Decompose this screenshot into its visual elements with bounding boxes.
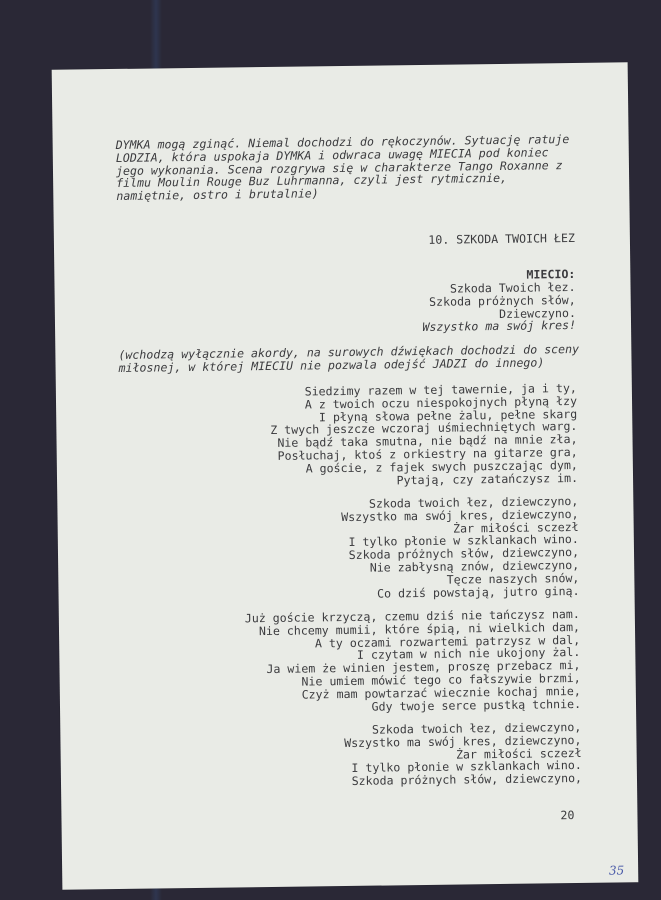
text-line: Co dziś powstają, jutro giną. bbox=[342, 585, 579, 601]
stage-direction-mid: (wchodzą wyłącznie akordy, na surowych d… bbox=[118, 343, 579, 375]
verse-1: Siedzimy razem w tej tawernie, ja i ty,A… bbox=[270, 382, 578, 488]
page-number: 20 bbox=[560, 809, 574, 822]
song-title: 10. SZKODA TWOICH ŁEZ bbox=[428, 232, 575, 247]
chorus-1: Szkoda twoich łez, dziewczyno,Wszystko m… bbox=[341, 495, 580, 600]
verse-2: Już goście krzyczą, czemu dziś nie tańcz… bbox=[245, 608, 581, 715]
stage-direction-top: DYMKA mogą zginąć. Niemal dochodzi do rę… bbox=[116, 133, 571, 203]
intro-italic-line: Wszystko ma swój kres! bbox=[422, 319, 576, 334]
document-page: DYMKA mogą zginąć. Niemal dochodzi do rę… bbox=[52, 62, 639, 889]
chorus-2: Szkoda twoich łez, dziewczyno,Wszystko m… bbox=[344, 721, 582, 788]
intro-lines: Szkoda Twoich łez.Szkoda próżnych słów,D… bbox=[429, 281, 576, 321]
text-line: Szkoda próżnych słów, dziewczyno, bbox=[345, 772, 582, 788]
handwritten-page-number: 35 bbox=[609, 863, 624, 877]
